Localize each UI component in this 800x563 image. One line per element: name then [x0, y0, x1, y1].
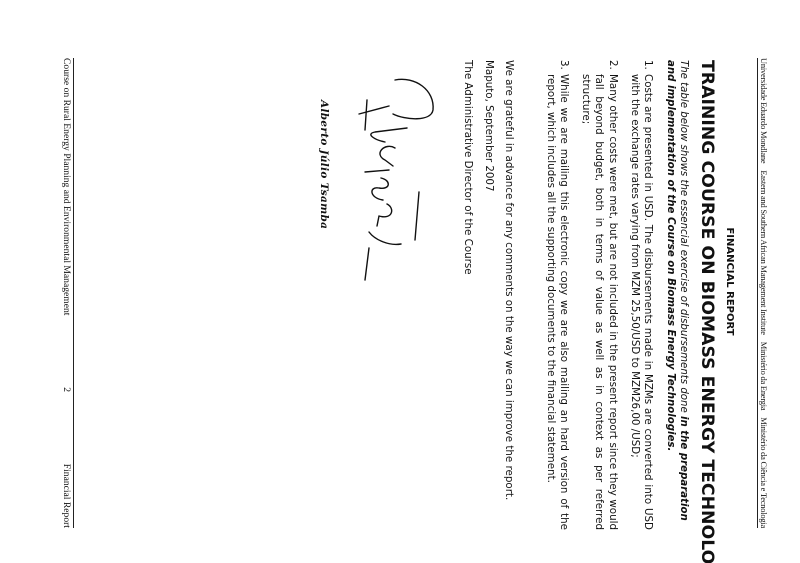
list-item: 1. Costs are presented in USD. The disbu… — [628, 60, 654, 530]
list-item-text: Many other costs were met, but are not i… — [580, 74, 618, 530]
header-institution-science-ministry: Ministério da Ciência e Tecnologia — [759, 417, 768, 528]
signatory-name: Alberto Júlio Tsamba — [318, 100, 330, 229]
signatory-role: The Administrative Director of the Cours… — [461, 60, 474, 540]
handwritten-signature — [335, 70, 455, 290]
page-header: Universidade Eduardo Mondlane Eastern an… — [757, 58, 768, 528]
intro-paragraph: The table below shows the essencial exer… — [664, 60, 690, 530]
list-item-number: 2. — [605, 60, 618, 70]
list-item: 3. While we are mailing this electronic … — [544, 60, 570, 530]
list-item: 2. Many other costs were met, but are no… — [579, 60, 619, 530]
list-item-number: 3. — [557, 60, 570, 70]
list-item-text: While we are mailing this electronic cop… — [545, 74, 570, 530]
list-item-number: 1. — [641, 60, 654, 70]
list-item-text: Costs are presented in USD. The disburse… — [629, 74, 654, 530]
page-footer: Course on Rural Energy Planning and Envi… — [61, 58, 74, 528]
notes-list: 1. Costs are presented in USD. The disbu… — [535, 60, 654, 530]
header-institution-uem: Universidade Eduardo Mondlane — [759, 58, 768, 163]
place-date: Maputo, September 2007 — [482, 60, 495, 540]
footer-page-number: 2 — [61, 387, 72, 392]
document-page: Universidade Eduardo Mondlane Eastern an… — [0, 0, 800, 563]
intro-text-part1: The table below shows the essencial exer… — [678, 60, 689, 416]
thanks-paragraph: We are grateful in advance for any comme… — [502, 60, 515, 540]
footer-document-name: Financial Report — [61, 464, 72, 528]
header-institution-energy-ministry: Ministério da Energia — [759, 342, 768, 411]
footer-course-name: Course on Rural Energy Planning and Envi… — [61, 58, 72, 315]
header-institution-esami: Eastern and Southern African Management … — [759, 170, 768, 334]
document-title: TRAINING COURSE ON BIOMASS ENERGY TECHNO… — [697, 60, 717, 540]
report-label: FINANCIAL REPORT — [724, 0, 735, 563]
